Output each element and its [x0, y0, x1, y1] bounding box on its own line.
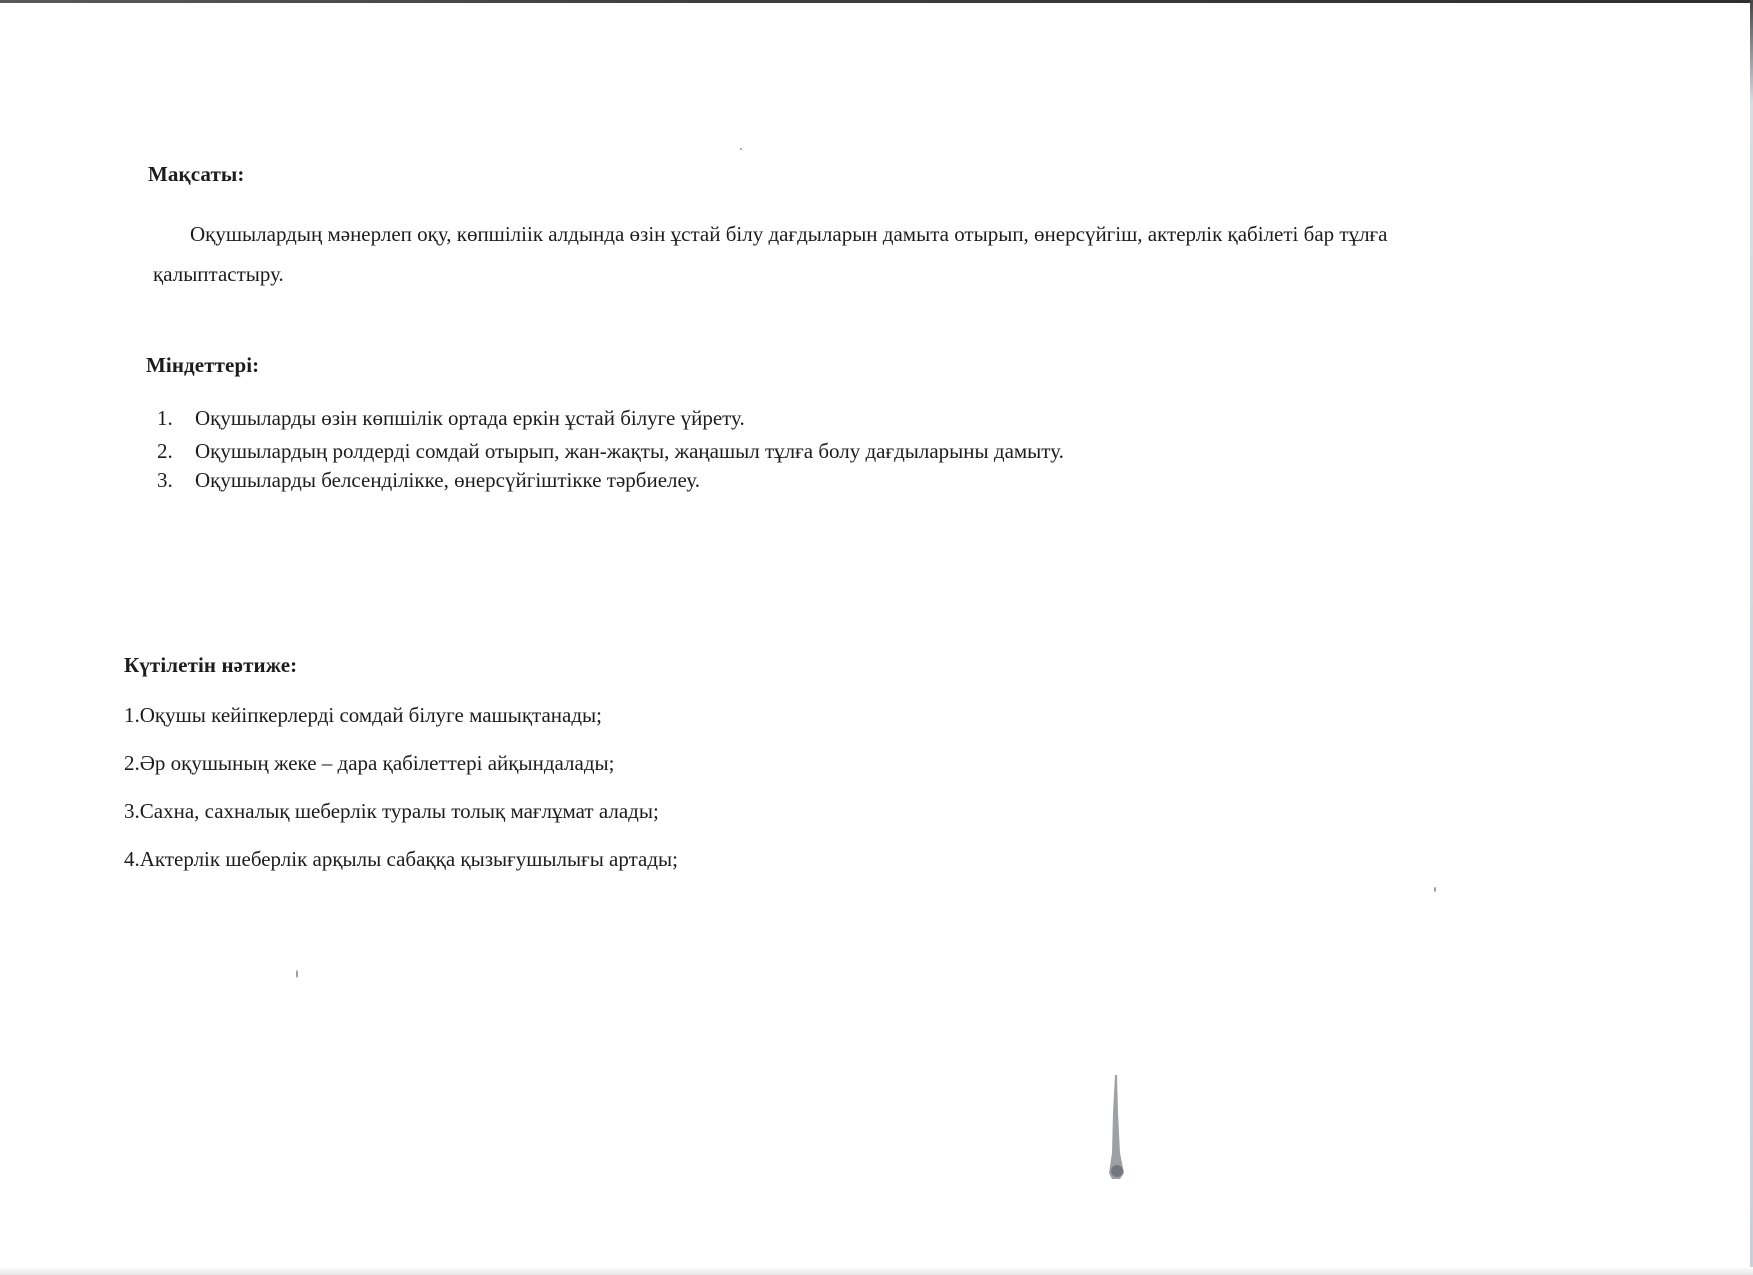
goals-text-line1: Оқушылардың мәнерлеп оқу, көпшіліік алды… — [190, 217, 1387, 251]
result-item: 3.Сахна, сахналық шеберлік туралы толық … — [124, 799, 659, 824]
task-item: 1.Оқушыларды өзін көпшілік ортада еркін … — [157, 406, 745, 431]
task-number: 3. — [157, 468, 195, 493]
scan-speck — [296, 970, 298, 978]
task-item: 2.Оқушылардың ролдерді сомдай отырып, жа… — [157, 439, 1064, 464]
scan-speck — [1434, 887, 1436, 892]
result-item: 1.Оқушы кейіпкерлерді сомдай білуге машы… — [124, 703, 602, 728]
goals-heading: Мақсаты: — [148, 162, 244, 187]
task-text: Оқушылардың ролдерді сомдай отырып, жан-… — [195, 439, 1064, 463]
scan-edge-top — [0, 0, 1753, 3]
scan-edge-bottom — [0, 1267, 1753, 1275]
result-item: 4.Актерлік шеберлік арқылы сабаққа қызығ… — [124, 847, 678, 872]
task-text: Оқушыларды өзін көпшілік ортада еркін ұс… — [195, 406, 745, 430]
task-number: 1. — [157, 406, 195, 431]
goals-text-line2: қалыптастыру. — [153, 257, 284, 291]
result-item: 2.Әр оқушының жеке – дара қабілеттері ай… — [124, 751, 614, 776]
task-item: 3.Оқушыларды белсенділікке, өнерсүйгішті… — [157, 468, 700, 493]
scan-smudge-mark — [1106, 1073, 1126, 1181]
task-text: Оқушыларды белсенділікке, өнерсүйгіштікк… — [195, 468, 700, 492]
results-heading: Күтілетін нәтиже: — [124, 653, 297, 678]
scan-speck — [740, 148, 742, 150]
tasks-heading: Міндеттері: — [146, 353, 259, 378]
task-number: 2. — [157, 439, 195, 464]
